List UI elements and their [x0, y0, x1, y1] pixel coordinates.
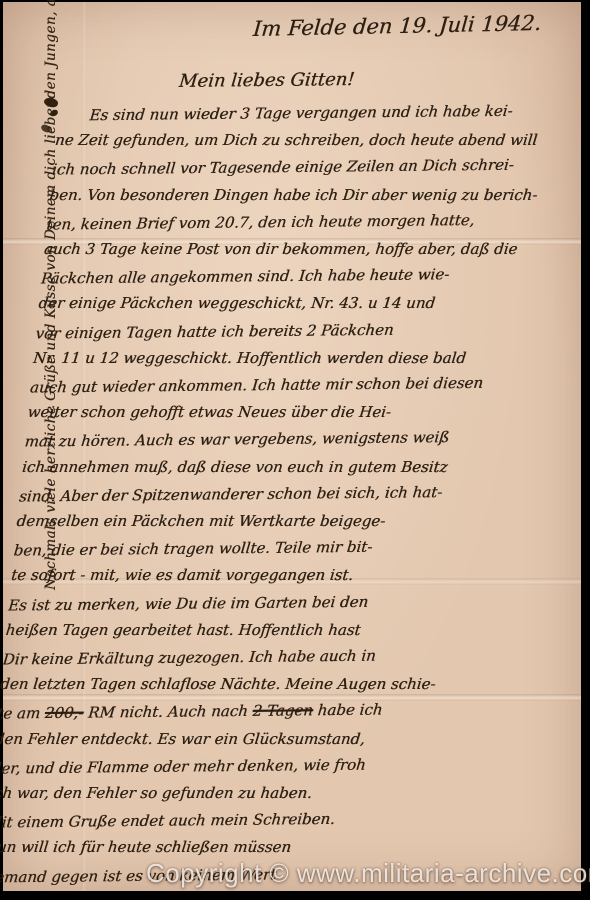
- margin-note-vertical: Nochmals viele herzliche Grüße und Küsse…: [43, 94, 59, 590]
- letter-line: ich noch schnell vor Tagesende einige Ze…: [51, 152, 562, 185]
- scanned-letter-photo: { "document": { "date_line": "Im Felde d…: [0, 0, 590, 900]
- letter-line: sind. Aber der Spitzenwanderer schon bei…: [18, 478, 529, 511]
- letter-line: Mit einem Gruße endet auch mein Schreibe…: [0, 805, 496, 838]
- letter-line: ben. Von besonderen Dingen habe ich Dir …: [48, 182, 559, 209]
- letter-line: mat zu hören. Auch es war vergebens, wen…: [23, 424, 534, 457]
- letter-date: Im Felde den 19. Juli 1942.: [252, 11, 542, 41]
- letter-line: ich war, den Fehler so gefunden zu haben…: [0, 780, 499, 807]
- letter-line: ich annehmen muß, daß diese von euch in …: [21, 454, 532, 481]
- letter-line: ne Zeit gefunden, um Dich zu schreiben, …: [54, 127, 565, 154]
- struck-text: 2 Tagen: [252, 702, 314, 721]
- letter-line: auch gut wieder ankommen. Ich hatte mir …: [29, 369, 540, 402]
- letter-line: der einige Päckchen weggeschickt, Nr. 43…: [37, 290, 548, 317]
- letter-line: te am 200,- RM nicht. Auch nach 2 Tagen …: [0, 696, 507, 729]
- letter-line: Dir keine Erkältung zugezogen. Ich habe …: [1, 641, 512, 674]
- letter-line: auch 3 Tage keine Post von dir bekommen,…: [43, 236, 554, 263]
- letter-line: weiter schon gehofft etwas Neues über di…: [26, 399, 537, 426]
- letter-paper: Im Felde den 19. Juli 1942. Mein liebes …: [3, 2, 581, 891]
- letter-line: ben, die er bei sich tragen wollte. Teil…: [12, 532, 523, 565]
- copyright-watermark: Copyright © www.militaria-archive.com: [146, 858, 590, 889]
- letter-line: Nr. 11 u 12 weggeschickt. Hoffentlich we…: [32, 345, 543, 372]
- letter-line: demselben ein Päckchen mit Wertkarte bei…: [15, 508, 526, 535]
- letter-line: den Fehler entdeckt. Es war ein Glücksum…: [0, 726, 504, 753]
- letter-line: Es sind nun wieder 3 Tage vergangen und …: [56, 97, 567, 130]
- letter-line: Päckchen alle angekommen sind. Ich habe …: [40, 260, 551, 293]
- struck-text: 200,-: [44, 704, 84, 722]
- letter-line: te sofort - mit, wie es damit vorgegange…: [10, 562, 521, 589]
- letter-salutation: Mein liebes Gitten!: [178, 69, 356, 92]
- letter-line: den letzten Tagen schlaflose Nächte. Mei…: [0, 671, 510, 698]
- letter-body: Es sind nun wieder 3 Tage vergangen und …: [0, 99, 567, 890]
- letter-line: ten, keinen Brief vom 20.7, den ich heut…: [45, 206, 556, 239]
- letter-line: der, und die Flamme oder mehr denken, wi…: [0, 750, 502, 783]
- letter-line: vor einigen Tagen hatte ich bereits 2 Pä…: [34, 315, 545, 348]
- letter-line: Es ist zu merken, wie Du die im Garten b…: [7, 587, 518, 620]
- letter-line: heißen Tagen gearbeitet hast. Hoffentlic…: [4, 617, 515, 644]
